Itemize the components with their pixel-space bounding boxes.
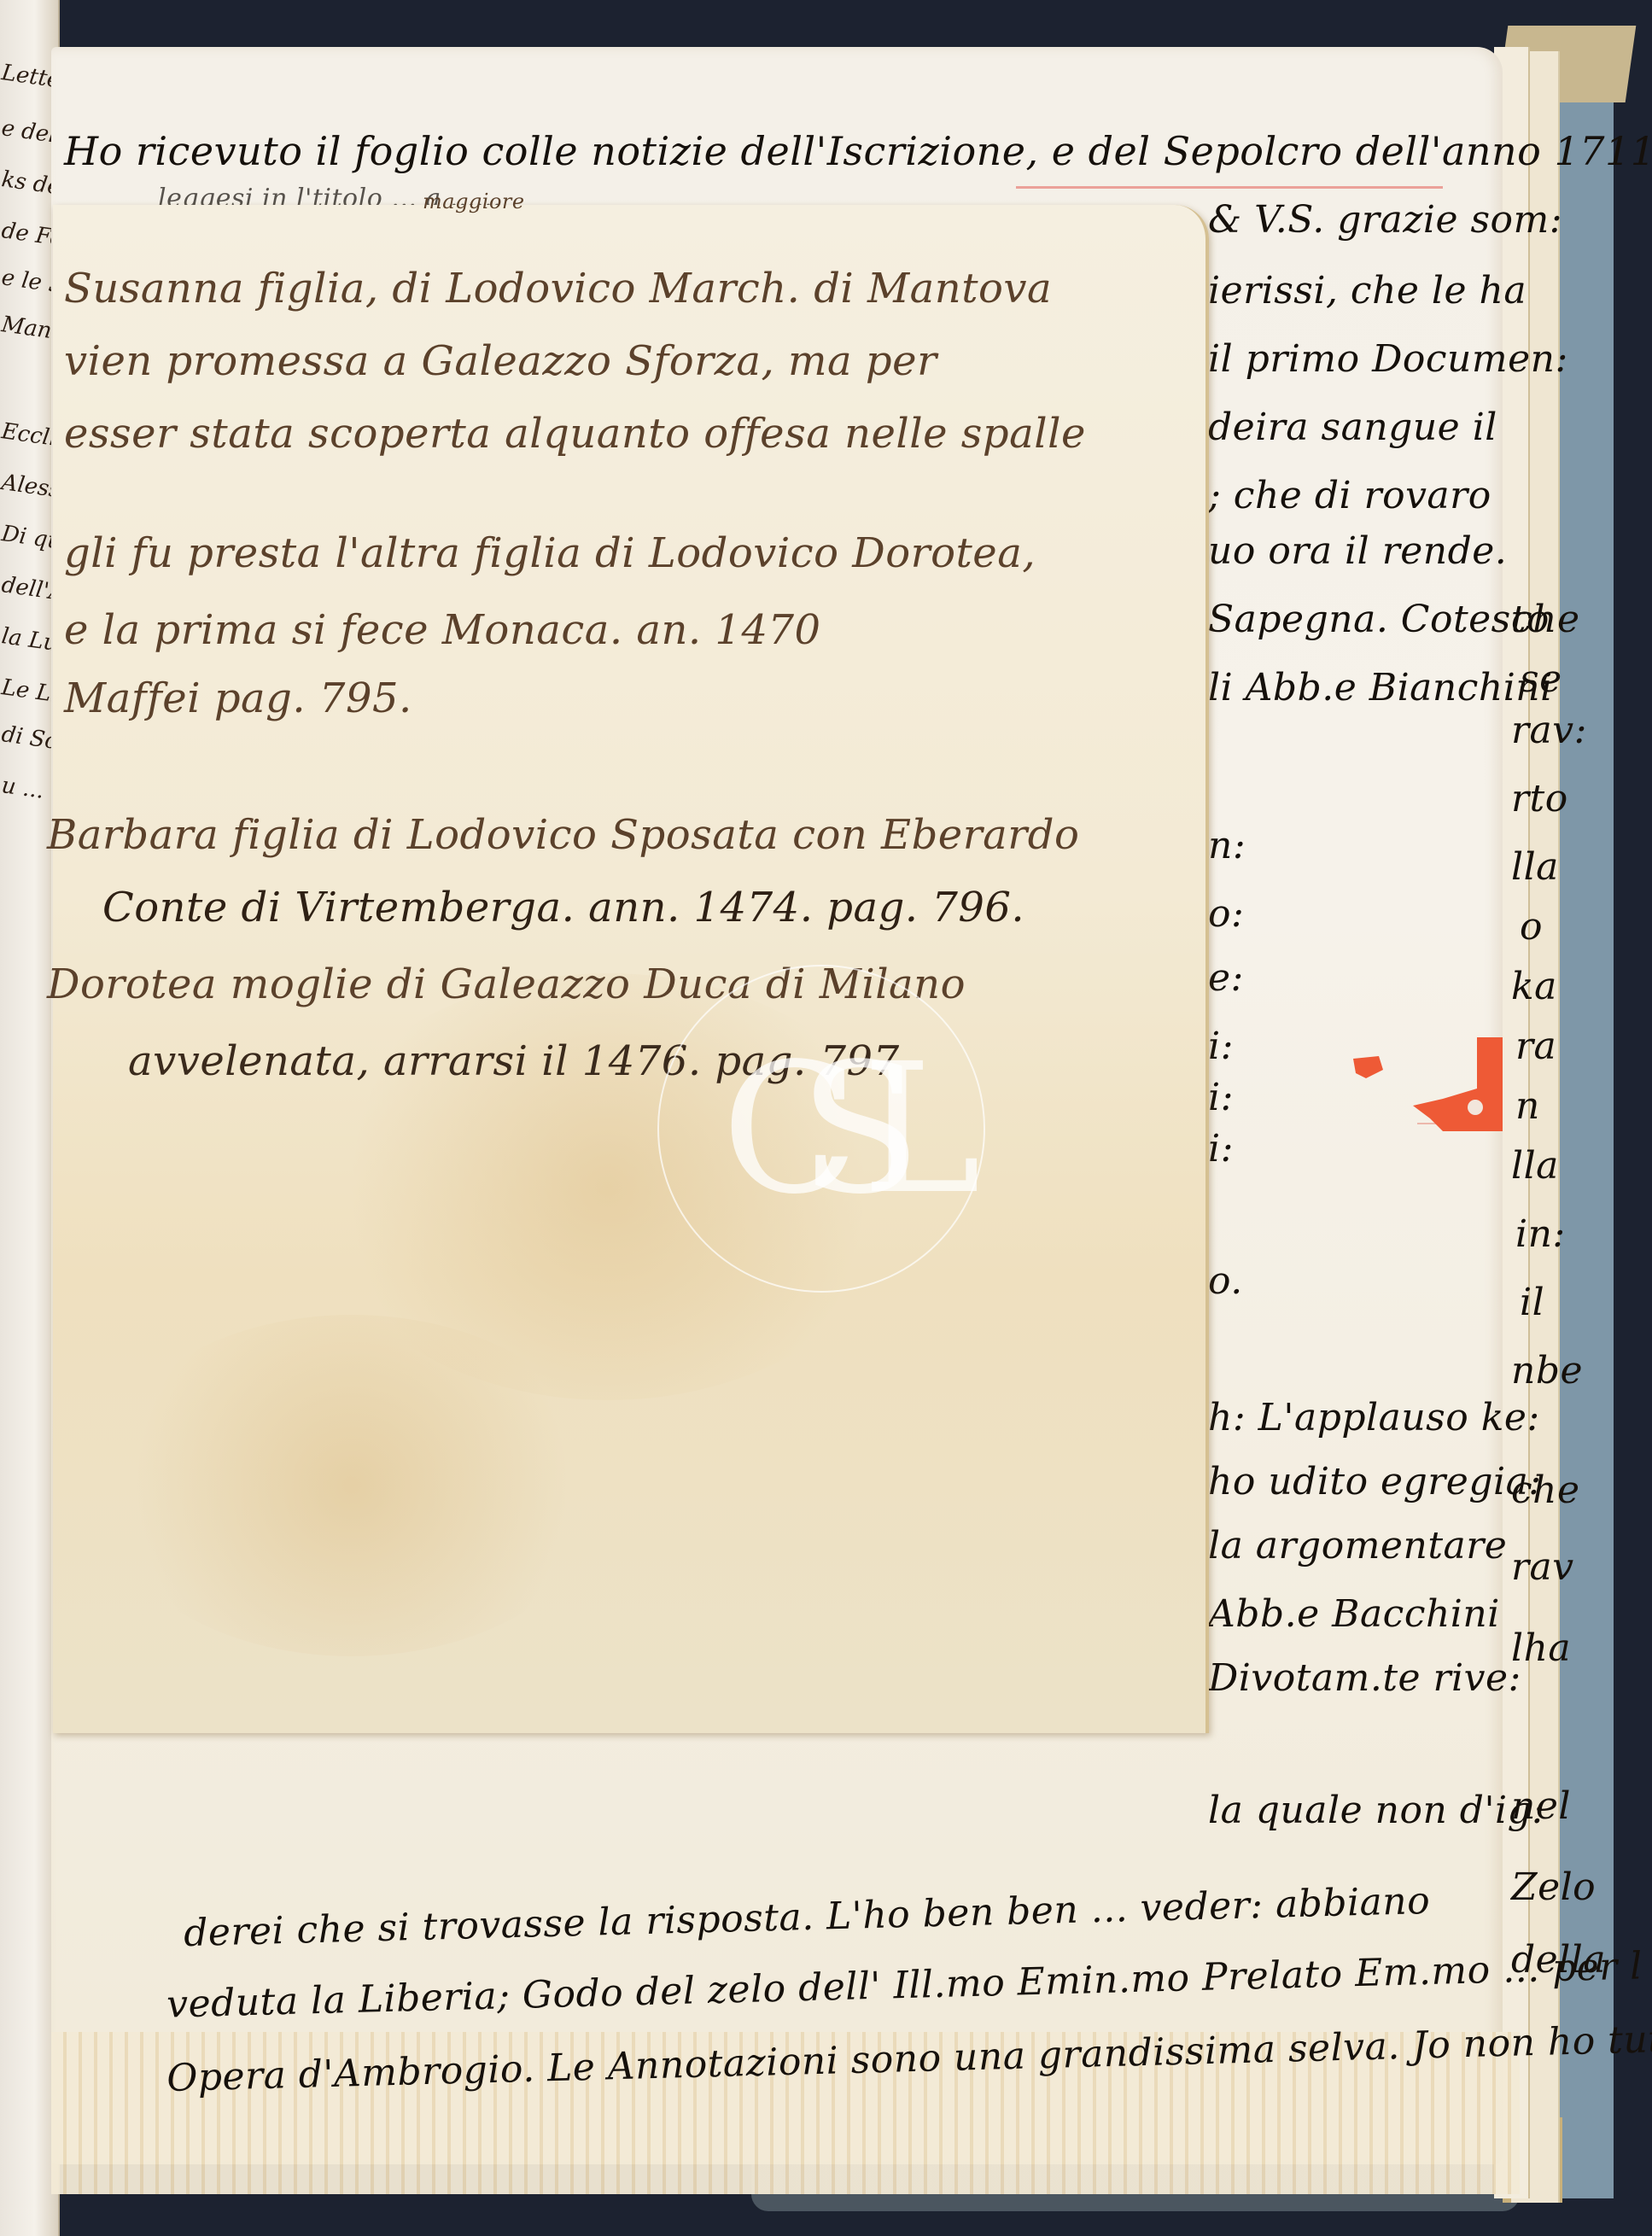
left-fragment: u ...: [0, 773, 45, 804]
far-right-fragment: lla: [1511, 845, 1559, 889]
right-line: uo ora il rende.: [1208, 529, 1507, 573]
letter-opening-line: Ho ricevuto il foglio colle notizie dell…: [64, 128, 1652, 174]
far-right-fragment: n: [1515, 1084, 1540, 1128]
slip-line: Maffei pag. 795.: [64, 674, 412, 722]
right-line: Divotam.te rive:: [1208, 1656, 1521, 1700]
far-right-fragment: il: [1520, 1281, 1544, 1324]
far-right-fragment: Zelo: [1511, 1865, 1596, 1909]
right-line: deira sangue il: [1208, 406, 1497, 449]
far-right-fragment: se: [1520, 657, 1562, 701]
slip-line: vien promessa a Galeazzo Sforza, ma per: [64, 337, 937, 385]
far-right-fragment: lha: [1511, 1626, 1571, 1670]
right-line: i:: [1208, 1127, 1234, 1171]
right-line: o:: [1208, 892, 1244, 936]
superscript-insertion: maggiore: [423, 190, 525, 213]
right-line: la argomentare: [1208, 1524, 1507, 1568]
watermark-monogram: CSL: [721, 1025, 921, 1234]
right-line: Sapegna. Cotesto: [1208, 598, 1550, 641]
far-right-fragment: rav: [1511, 1545, 1574, 1589]
right-line: ierissi, che le ha: [1208, 269, 1526, 312]
far-right-fragment: nel: [1511, 1784, 1571, 1828]
slip-line: Susanna figlia, di Lodovico March. di Ma…: [64, 265, 1052, 312]
red-seal-fragment: [1349, 1037, 1503, 1140]
far-right-fragment: o: [1520, 905, 1543, 949]
right-line: ; che di rovaro: [1208, 474, 1491, 517]
far-right-fragment: rav:: [1511, 709, 1587, 752]
slip-line: gli fu presta l'altra figlia di Lodovico…: [64, 529, 1036, 577]
far-right-fragment: che: [1511, 598, 1580, 641]
slip-line: Barbara figlia di Lodovico Sposata con E…: [47, 811, 1079, 859]
far-right-fragment: ra: [1515, 1025, 1556, 1068]
far-right-fragment: nbe: [1511, 1349, 1583, 1392]
red-ruled-line: [1016, 186, 1443, 189]
slip-line: e la prima si fece Monaca. an. 1470: [64, 606, 821, 654]
library-watermark: CSL: [657, 965, 985, 1293]
right-line: il primo Documen:: [1208, 337, 1568, 381]
right-line: o.: [1208, 1259, 1243, 1303]
right-line: li Abb.e Bianchini: [1208, 666, 1553, 709]
right-line: la quale non d'ig:: [1208, 1789, 1545, 1832]
right-line: i:: [1208, 1025, 1234, 1068]
far-right-fragment: lla: [1511, 1144, 1559, 1188]
slip-line: Conte di Virtemberga. ann. 1474. pag. 79…: [102, 884, 1024, 931]
right-line: e:: [1208, 956, 1244, 1000]
far-right-fragment: rto: [1511, 777, 1568, 820]
right-line: i:: [1208, 1076, 1234, 1119]
right-line: ho udito egregia:: [1208, 1460, 1542, 1503]
right-line: n:: [1208, 824, 1246, 867]
slip-line: esser stata scoperta alquanto offesa nel…: [64, 410, 1086, 458]
far-right-fragment: ka: [1511, 965, 1557, 1008]
right-line: Abb.e Bacchini: [1208, 1592, 1500, 1636]
far-right-fragment: in:: [1515, 1212, 1566, 1256]
foxing-stain: [96, 1315, 608, 1656]
right-line: & V.S. grazie som:: [1208, 198, 1562, 242]
far-right-fragment: che: [1511, 1468, 1580, 1512]
right-line: h: L'applauso ke:: [1208, 1396, 1540, 1439]
